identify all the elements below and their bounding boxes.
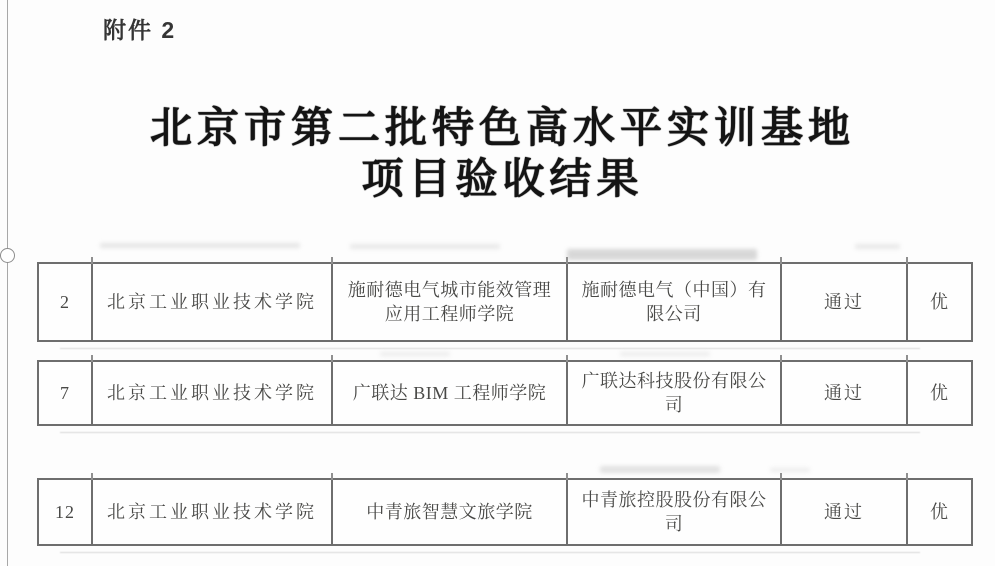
ghost-text-artifact bbox=[770, 468, 810, 472]
column-line-stub bbox=[566, 355, 568, 362]
cell-grade: 优 bbox=[908, 480, 971, 544]
cell-result: 通过 bbox=[782, 362, 908, 424]
ghost-text-artifact bbox=[380, 352, 450, 356]
column-line-stub bbox=[91, 473, 93, 480]
edge-circle-handle[interactable] bbox=[0, 248, 15, 263]
cell-result: 通过 bbox=[782, 264, 908, 340]
ghost-text-artifact bbox=[600, 466, 720, 473]
column-line-stub bbox=[906, 355, 908, 362]
column-line-stub bbox=[91, 355, 93, 362]
column-line-stub bbox=[566, 257, 568, 264]
cell-row-number: 2 bbox=[39, 264, 93, 340]
table-fragment-2: 7 北京工业职业技术学院 广联达 BIM 工程师学院 广联达科技股份有限公司 通… bbox=[37, 360, 973, 426]
ghost-text-artifact bbox=[855, 244, 900, 249]
column-line-stub bbox=[331, 473, 333, 480]
column-line-stub bbox=[91, 257, 93, 264]
column-line-stub bbox=[780, 355, 782, 362]
column-line-stub bbox=[906, 257, 908, 264]
ghost-text-artifact bbox=[620, 352, 710, 356]
page-title-line1: 北京市第二批特色高水平实训基地 bbox=[40, 102, 965, 153]
table-fragment-3: 12 北京工业职业技术学院 中青旅智慧文旅学院 中青旅控股股份有限公司 通过 优 bbox=[37, 478, 973, 546]
cell-college-name: 北京工业职业技术学院 bbox=[93, 362, 333, 424]
scan-artifact-line bbox=[60, 348, 920, 349]
cell-project-name: 中青旅智慧文旅学院 bbox=[333, 480, 568, 544]
cell-result: 通过 bbox=[782, 480, 908, 544]
column-line-stub bbox=[780, 257, 782, 264]
column-line-stub bbox=[331, 355, 333, 362]
page-edge-rule bbox=[7, 0, 8, 566]
cell-row-number: 7 bbox=[39, 362, 93, 424]
cell-college-name: 北京工业职业技术学院 bbox=[93, 264, 333, 340]
column-line-stub bbox=[780, 473, 782, 480]
cell-project-name: 广联达 BIM 工程师学院 bbox=[333, 362, 568, 424]
page-title: 北京市第二批特色高水平实训基地 项目验收结果 bbox=[40, 102, 965, 204]
cell-project-name: 施耐德电气城市能效管理应用工程师学院 bbox=[333, 264, 568, 340]
table-fragment-1: 2 北京工业职业技术学院 施耐德电气城市能效管理应用工程师学院 施耐德电气（中国… bbox=[37, 262, 973, 342]
ghost-text-artifact bbox=[350, 244, 500, 249]
attachment-label: 附件 2 bbox=[103, 12, 176, 45]
cell-row-number: 12 bbox=[39, 480, 93, 544]
scan-artifact-line bbox=[60, 552, 920, 553]
cell-grade: 优 bbox=[908, 264, 971, 340]
cell-college-name: 北京工业职业技术学院 bbox=[93, 480, 333, 544]
cell-company-name: 施耐德电气（中国）有限公司 bbox=[568, 264, 782, 340]
column-line-stub bbox=[331, 257, 333, 264]
cell-grade: 优 bbox=[908, 362, 971, 424]
cell-company-name: 中青旅控股股份有限公司 bbox=[568, 480, 782, 544]
cell-company-name: 广联达科技股份有限公司 bbox=[568, 362, 782, 424]
ghost-text-artifact bbox=[100, 243, 300, 248]
ghost-text-artifact bbox=[567, 249, 757, 260]
scan-artifact-line bbox=[60, 432, 920, 433]
page-title-line2: 项目验收结果 bbox=[40, 153, 965, 204]
column-line-stub bbox=[566, 473, 568, 480]
column-line-stub bbox=[906, 473, 908, 480]
